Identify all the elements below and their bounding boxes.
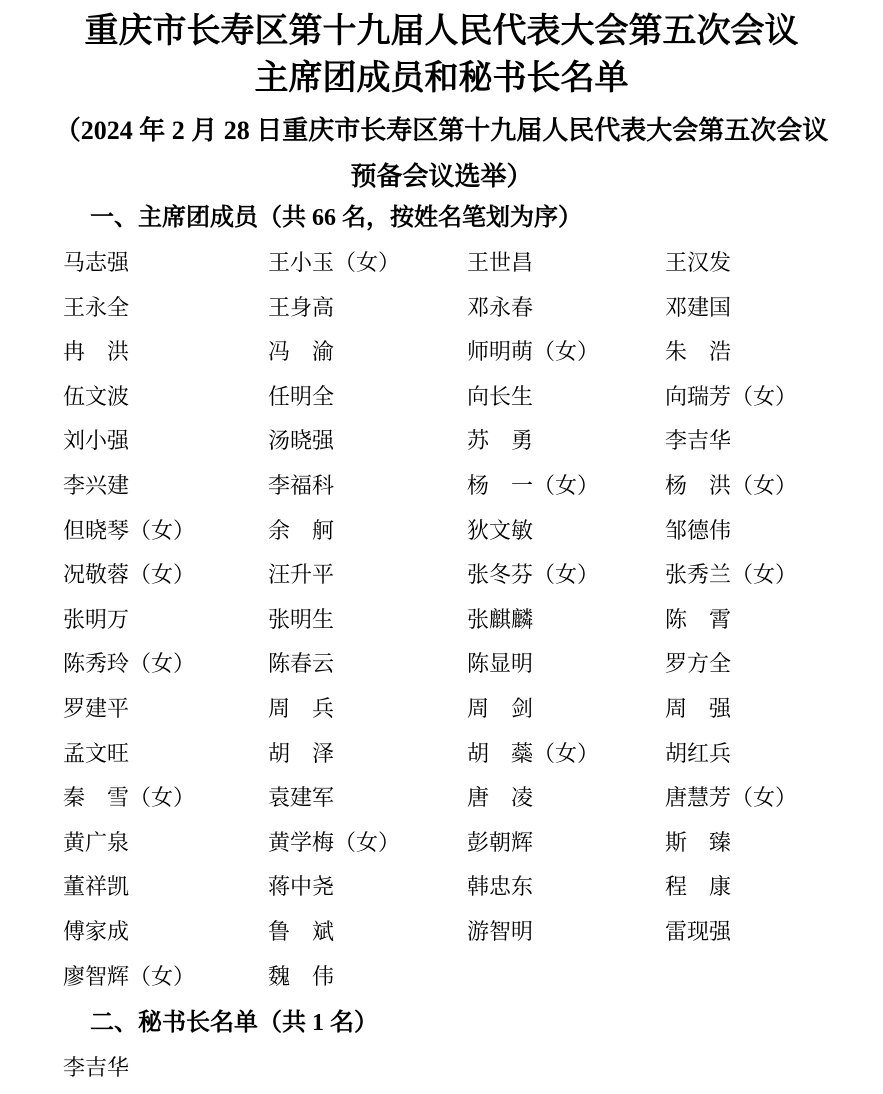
member-name: 董祥凯	[63, 865, 268, 910]
member-name: 汪升平	[268, 553, 467, 598]
member-name: 雷现强	[665, 910, 883, 955]
member-name: 黄广泉	[63, 821, 268, 866]
member-name: 胡红兵	[665, 732, 883, 777]
member-name: 刘小强	[63, 419, 268, 464]
member-name: 罗建平	[63, 687, 268, 732]
member-name: 张麒麟	[467, 598, 665, 643]
document-page: 重庆市长寿区第十九届人民代表大会第五次会议 主席团成员和秘书长名单 （2024 …	[0, 0, 883, 1083]
member-name: 任明全	[268, 375, 467, 420]
member-name: 张明万	[63, 598, 268, 643]
member-name: 陈 霄	[665, 598, 883, 643]
member-name: 孟文旺	[63, 732, 268, 777]
member-name: 杨 一（女）	[467, 464, 665, 509]
member-name: 苏 勇	[467, 419, 665, 464]
secretary-name: 李吉华	[63, 1053, 883, 1083]
member-name: 向瑞芳（女）	[665, 375, 883, 420]
member-name: 蒋中尧	[268, 865, 467, 910]
member-name: 周 强	[665, 687, 883, 732]
document-subtitle-line1: （2024 年 2 月 28 日重庆市长寿区第十九届人民代表大会第五次会议	[0, 108, 883, 154]
member-name: 袁建军	[268, 776, 467, 821]
member-name: 魏 伟	[268, 955, 467, 1000]
member-name: 唐 凌	[467, 776, 665, 821]
member-name: 邓建国	[665, 286, 883, 331]
member-name: 邓永春	[467, 286, 665, 331]
member-name: 杨 洪（女）	[665, 464, 883, 509]
presidium-members-grid: 马志强王小玉（女）王世昌王汉发王永全王身高邓永春邓建国冉 洪冯 渝师明萌（女）朱…	[0, 241, 883, 999]
member-name: 陈显明	[467, 642, 665, 687]
member-name: 黄学梅（女）	[268, 821, 467, 866]
member-name: 斯 臻	[665, 821, 883, 866]
member-name: 狄文敏	[467, 509, 665, 554]
document-subtitle-line2: 预备会议选举）	[0, 154, 883, 200]
member-name: 鲁 斌	[268, 910, 467, 955]
member-name: 朱 浩	[665, 330, 883, 375]
member-name: 周 剑	[467, 687, 665, 732]
member-name: 冉 洪	[63, 330, 268, 375]
member-name: 王世昌	[467, 241, 665, 286]
member-name: 胡 泽	[268, 732, 467, 777]
member-name: 胡 蘂（女）	[467, 732, 665, 777]
member-name: 王永全	[63, 286, 268, 331]
member-name: 张秀兰（女）	[665, 553, 883, 598]
member-name: 周 兵	[268, 687, 467, 732]
member-name: 汤晓强	[268, 419, 467, 464]
member-name: 张冬芬（女）	[467, 553, 665, 598]
member-name: 王身高	[268, 286, 467, 331]
member-name: 李兴建	[63, 464, 268, 509]
member-name: 彭朝辉	[467, 821, 665, 866]
member-name: 程 康	[665, 865, 883, 910]
member-name: 游智明	[467, 910, 665, 955]
member-name: 罗方全	[665, 642, 883, 687]
member-name: 邹德伟	[665, 509, 883, 554]
member-name: 李福科	[268, 464, 467, 509]
member-name: 师明萌（女）	[467, 330, 665, 375]
secretary-section-heading: 二、秘书长名单（共 1 名）	[90, 1007, 883, 1040]
member-name: 陈秀玲（女）	[63, 642, 268, 687]
member-name: 傅家成	[63, 910, 268, 955]
presidium-section-heading: 一、主席团成员（共 66 名，按姓名笔划为序）	[90, 202, 883, 235]
member-name: 张明生	[268, 598, 467, 643]
member-name: 马志强	[63, 241, 268, 286]
member-name: 王小玉（女）	[268, 241, 467, 286]
member-name: 伍文波	[63, 375, 268, 420]
member-name: 秦 雪（女）	[63, 776, 268, 821]
document-title-line1: 重庆市长寿区第十九届人民代表大会第五次会议	[0, 0, 883, 56]
document-title-line2: 主席团成员和秘书长名单	[0, 56, 883, 102]
member-name: 廖智辉（女）	[63, 955, 268, 1000]
member-name: 余 舸	[268, 509, 467, 554]
member-name: 韩忠东	[467, 865, 665, 910]
member-name: 陈春云	[268, 642, 467, 687]
member-name: 向长生	[467, 375, 665, 420]
member-name: 李吉华	[665, 419, 883, 464]
member-name: 冯 渝	[268, 330, 467, 375]
member-name: 唐慧芳（女）	[665, 776, 883, 821]
member-name: 但晓琴（女）	[63, 509, 268, 554]
member-name: 王汉发	[665, 241, 883, 286]
member-name: 况敬蓉（女）	[63, 553, 268, 598]
